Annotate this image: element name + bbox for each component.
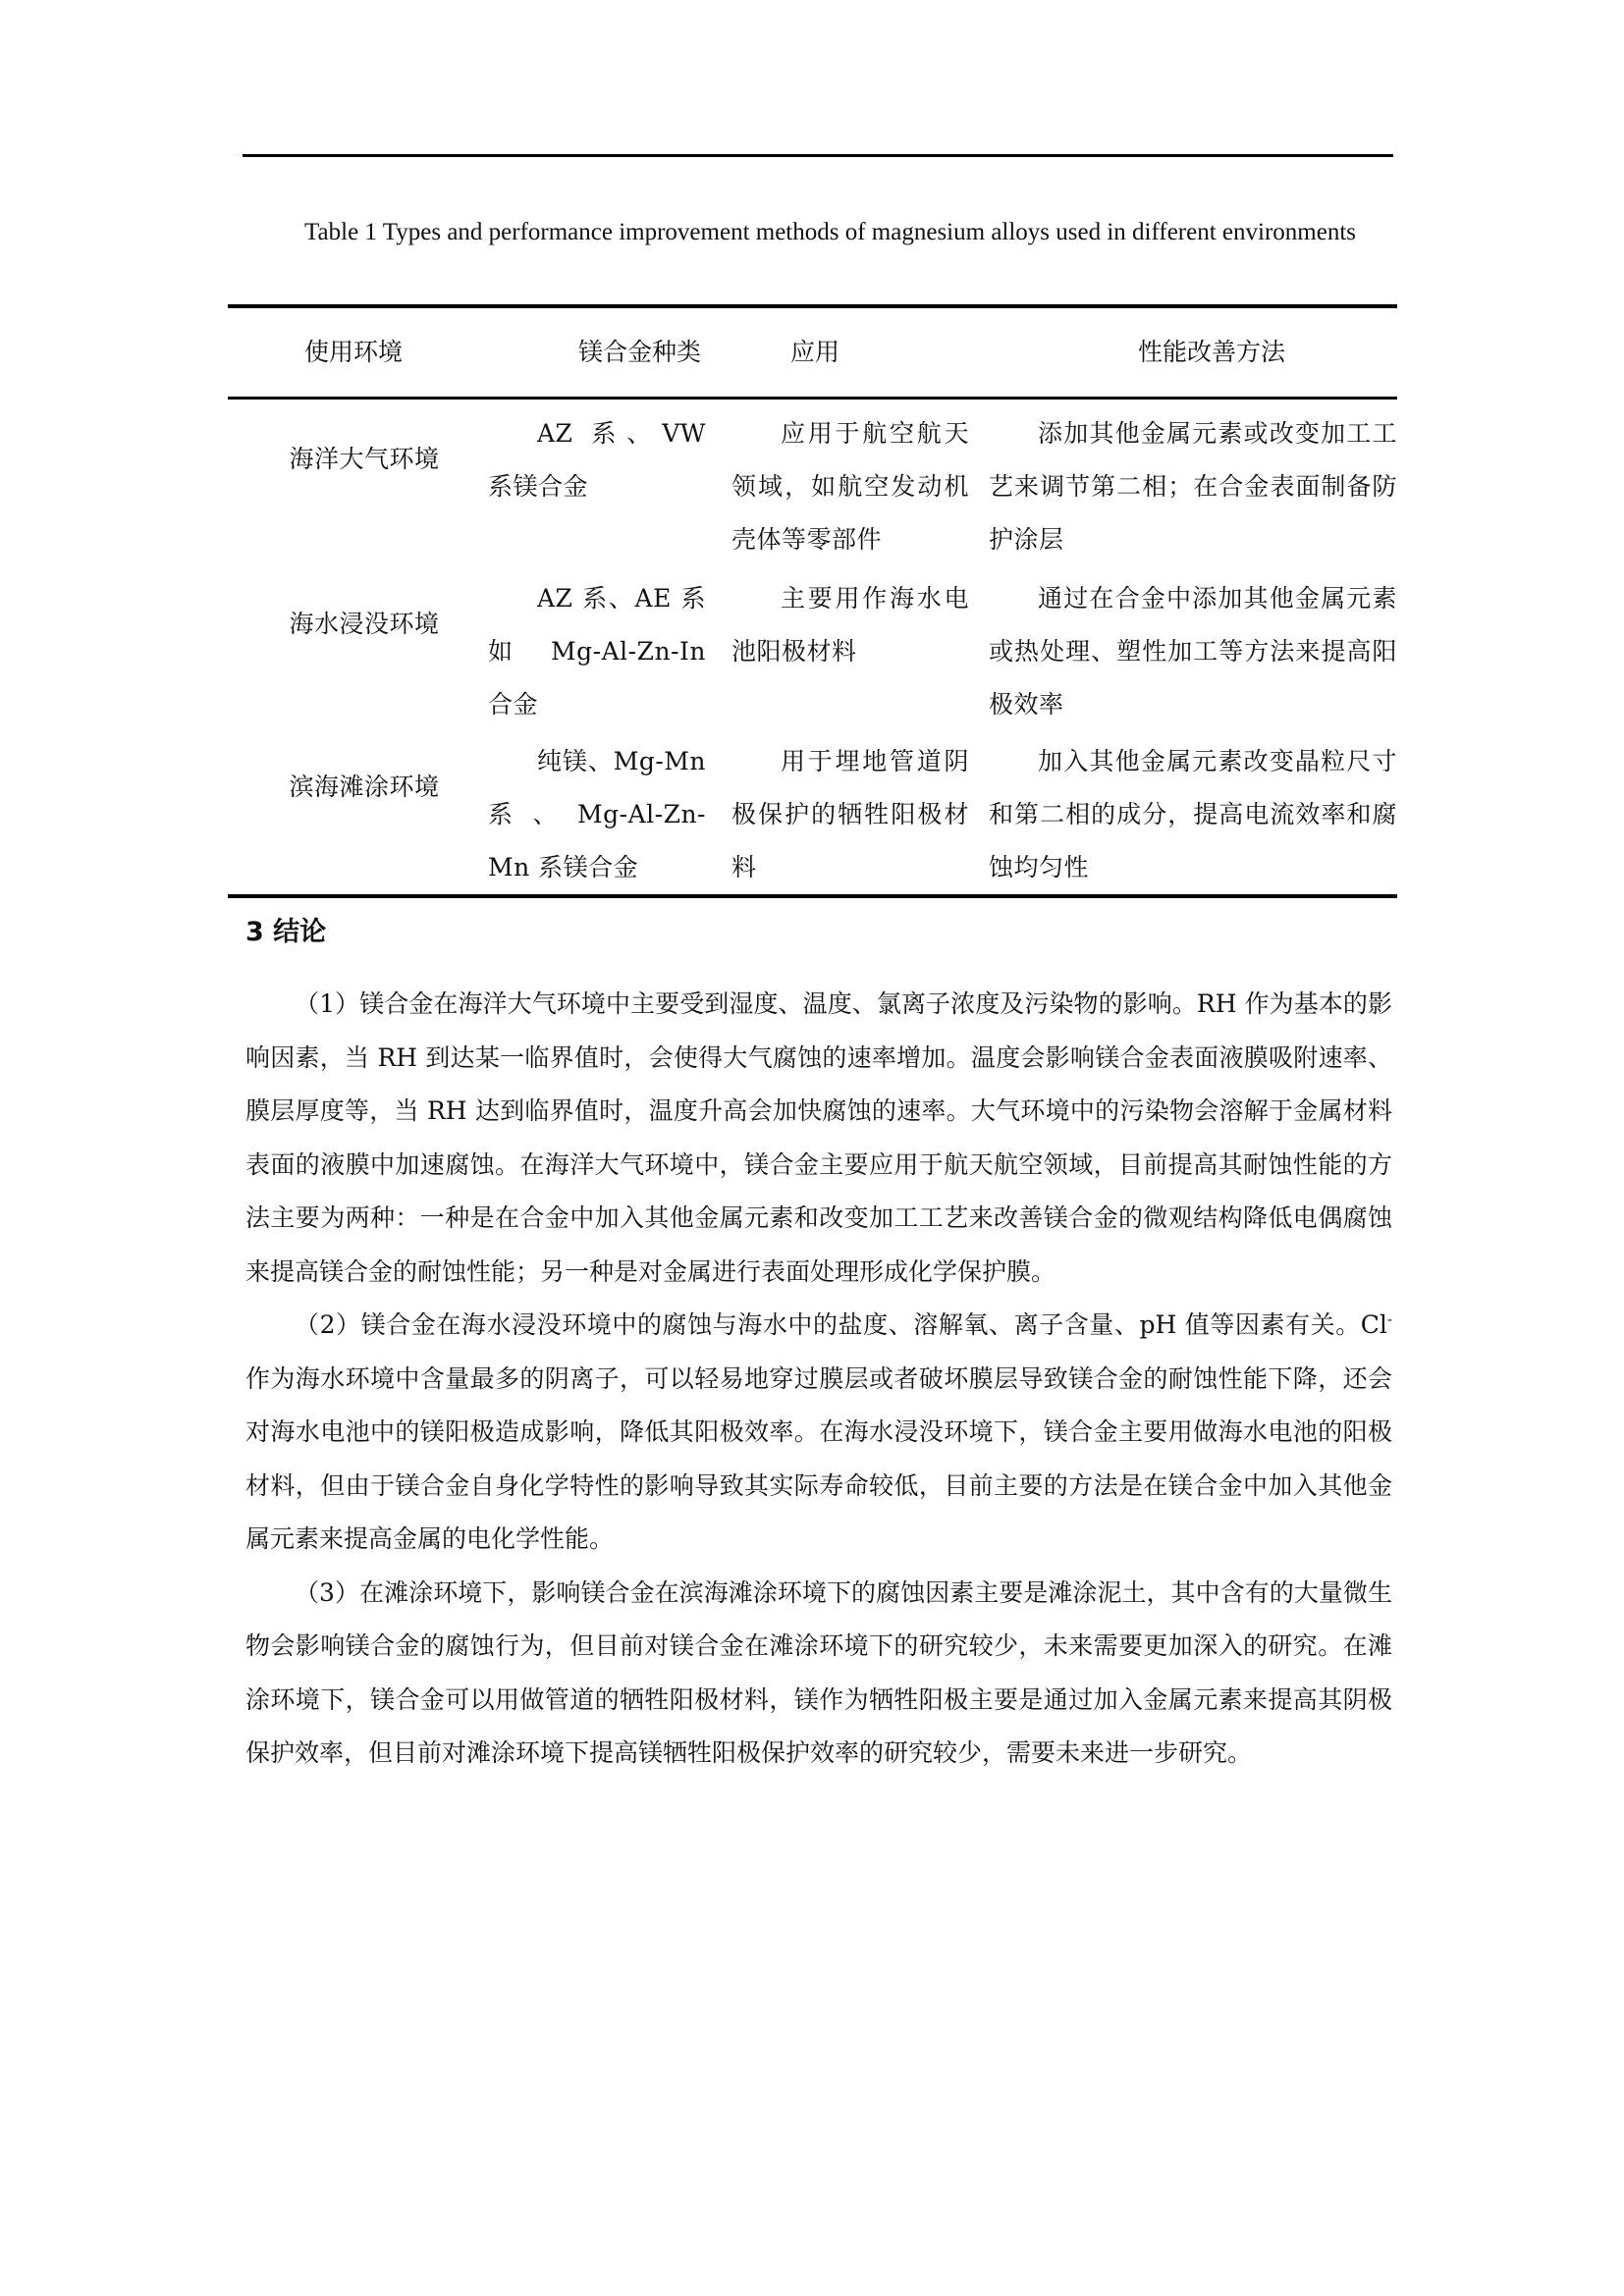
paragraph-2-part-2: 作为海水环境中含量最多的阴离子，可以轻易地穿过膜层或者破坏膜层导致镁合金的耐蚀性… bbox=[245, 1364, 1392, 1554]
cell-environment: 海洋大气环境 bbox=[228, 429, 488, 486]
header-environment: 使用环境 bbox=[228, 308, 488, 397]
cell-alloy-type: AZ 系、VW 系镁合金 bbox=[488, 403, 731, 513]
table-bottom-rule bbox=[228, 894, 1397, 898]
cell-application: 用于埋地管道阴极保护的牺牲阳极材料 bbox=[731, 731, 989, 894]
table-caption: Table 1 Types and performance improvemen… bbox=[245, 206, 1392, 258]
cell-application: 主要用作海水电池阳极材料 bbox=[731, 568, 989, 678]
conclusion-paragraph-1: （1）镁合金在海洋大气环境中主要受到湿度、温度、氯离子浓度及污染物的影响。RH … bbox=[245, 978, 1392, 1299]
header-application: 应用 bbox=[731, 308, 989, 397]
table-row: 海水浸没环境 AZ 系、AE 系如 Mg-Al-Zn-In 合金 主要用作海水电… bbox=[228, 568, 1397, 731]
cell-environment: 海水浸没环境 bbox=[228, 594, 488, 651]
paragraph-2-part-1: （2）镁合金在海水浸没环境中的腐蚀与海水中的盐度、溶解氧、离子含量、pH 值等因… bbox=[295, 1310, 1387, 1339]
conclusion-paragraph-3: （3）在滩涂环境下，影响镁合金在滨海滩涂环境下的腐蚀因素主要是滩涂泥土，其中含有… bbox=[245, 1567, 1392, 1781]
cell-environment: 滨海滩涂环境 bbox=[228, 757, 488, 814]
header-alloy-type: 镁合金种类 bbox=[488, 308, 731, 397]
cell-improvement-method: 通过在合金中添加其他金属元素或热处理、塑性加工等方法来提高阳极效率 bbox=[989, 568, 1397, 731]
conclusion-body: （1）镁合金在海洋大气环境中主要受到湿度、温度、氯离子浓度及污染物的影响。RH … bbox=[245, 978, 1392, 1781]
table-header-row: 使用环境 镁合金种类 应用 性能改善方法 bbox=[228, 308, 1397, 397]
cell-alloy-type: AZ 系、AE 系如 Mg-Al-Zn-In 合金 bbox=[488, 568, 731, 731]
conclusion-paragraph-2: （2）镁合金在海水浸没环境中的腐蚀与海水中的盐度、溶解氧、离子含量、pH 值等因… bbox=[245, 1299, 1392, 1567]
page-header-rule bbox=[243, 154, 1393, 157]
header-improvement-method: 性能改善方法 bbox=[989, 308, 1397, 397]
section-heading: 3 结论 bbox=[245, 908, 326, 957]
alloy-table: 使用环境 镁合金种类 应用 性能改善方法 海洋大气环境 AZ 系、VW 系镁合金… bbox=[228, 304, 1397, 898]
chloride-ion-charge: - bbox=[1387, 1310, 1392, 1328]
cell-application: 应用于航空航天领域，如航空发动机壳体等零部件 bbox=[731, 403, 989, 566]
table-row: 海洋大气环境 AZ 系、VW 系镁合金 应用于航空航天领域，如航空发动机壳体等零… bbox=[228, 400, 1397, 568]
cell-alloy-type: 纯镁、Mg-Mn 系、Mg-Al-Zn-Mn 系镁合金 bbox=[488, 731, 731, 894]
table-row: 滨海滩涂环境 纯镁、Mg-Mn 系、Mg-Al-Zn-Mn 系镁合金 用于埋地管… bbox=[228, 731, 1397, 894]
cell-improvement-method: 加入其他金属元素改变晶粒尺寸和第二相的成分，提高电流效率和腐蚀均匀性 bbox=[989, 731, 1397, 894]
cell-improvement-method: 添加其他金属元素或改变加工工艺来调节第二相；在合金表面制备防护涂层 bbox=[989, 403, 1397, 566]
